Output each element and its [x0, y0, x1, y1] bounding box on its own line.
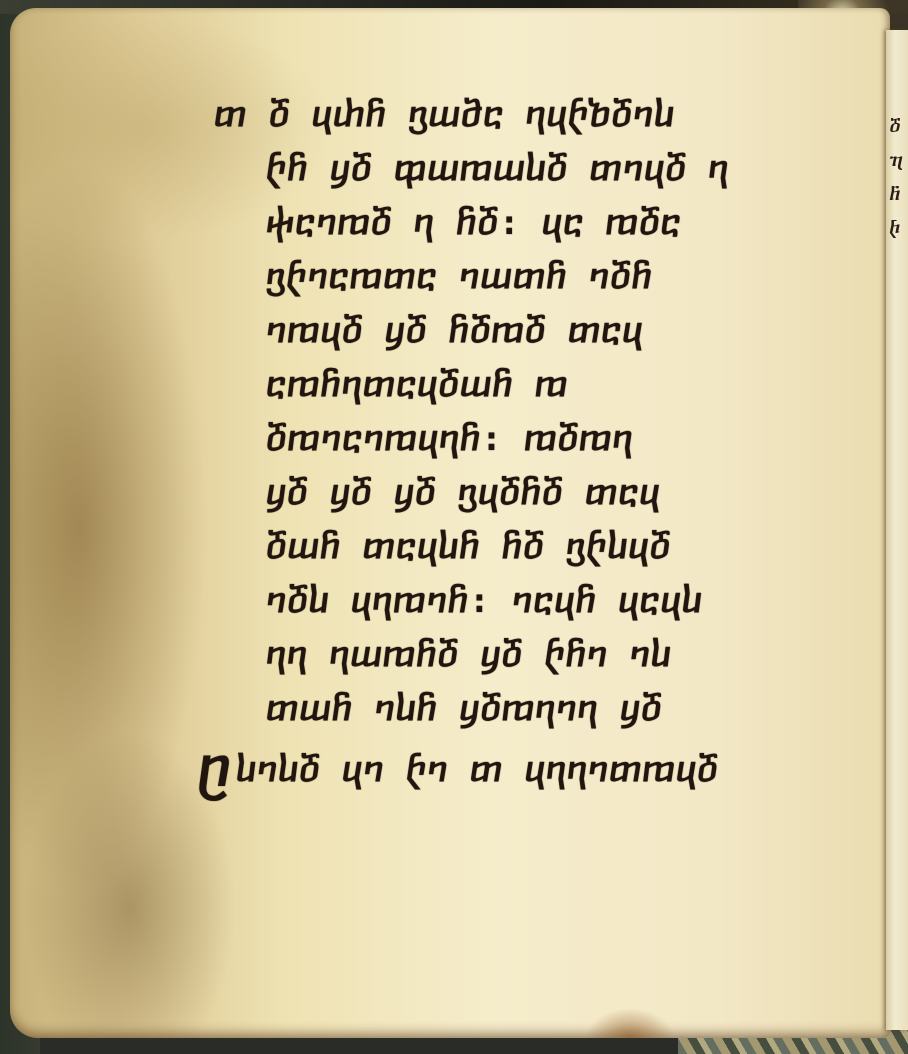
stain-mark — [585, 1008, 675, 1038]
manuscript-line: ⴃⴍⴌ ⴇⴀⴗⴑⴌ ⴌⴃ ⴂⴡⴑⴗⴃ — [198, 520, 838, 574]
manuscript-text-block: ⴇ ⴃ ⴗⴐⴌ ⴂⴍⴋⴀ ⴄⴗⴡⴆⴃⴈⴑ ⴡⴌ ⴘⴃ ⴔⴍⴊⴍⴑⴃ ⴇⴈⴗⴃ ⴄ… — [198, 88, 838, 790]
manuscript-line: ⴈⴃⴑ ⴗⴄⴊⴈⴌ: ⴈⴀⴗⴌ ⴗⴀⴗⴑ — [198, 574, 838, 628]
decorated-initial: ⴚ — [198, 742, 232, 796]
manuscript-line: ⴃⴊⴈⴀⴈⴊⴗⴄⴌ: ⴊⴃⴊⴄ — [198, 412, 838, 466]
manuscript-line: ⴡⴌ ⴘⴃ ⴔⴍⴊⴍⴑⴃ ⴇⴈⴗⴃ ⴄ — [198, 142, 838, 196]
manuscript-line: ⴕⴀⴈⴊⴃ ⴄ ⴌⴃ: ⴗⴀ ⴊⴃⴀ — [198, 196, 838, 250]
line-text: ⴑⴈⴑⴃ ⴗⴈ ⴡⴈ ⴇ ⴗⴄⴄⴈⴇⴊⴗⴃ — [236, 750, 718, 790]
line-text: ⴡⴌ ⴘⴃ ⴔⴍⴊⴍⴑⴃ ⴇⴈⴗⴃ ⴄ — [266, 149, 729, 189]
line-text: ⴈⴊⴗⴃ ⴘⴃ ⴌⴃⴊⴃ ⴇⴀⴗ — [266, 311, 643, 351]
manuscript-line: ⴇⴍⴌ ⴈⴑⴌ ⴘⴃⴊⴄⴈⴄ ⴘⴃ — [198, 682, 838, 736]
manuscript-line: ⴚⴑⴈⴑⴃ ⴗⴈ ⴡⴈ ⴇ ⴗⴄⴄⴈⴇⴊⴗⴃ — [198, 736, 838, 790]
manuscript-line: ⴄⴄ ⴄⴍⴊⴌⴃ ⴘⴃ ⴡⴌⴈ ⴈⴑ — [198, 628, 838, 682]
manuscript-line: ⴇ ⴃ ⴗⴐⴌ ⴂⴍⴋⴀ ⴄⴗⴡⴆⴃⴈⴑ — [198, 88, 838, 142]
manuscript-line: ⴀⴊⴌⴄⴇⴀⴗⴃⴍⴌ ⴊ — [198, 358, 838, 412]
facing-page-text: ⴃ ⴄ ⴌ ⴡ — [889, 110, 908, 246]
line-text: ⴃⴊⴈⴀⴈⴊⴗⴄⴌ: ⴊⴃⴊⴄ — [266, 419, 634, 459]
line-text: ⴈⴃⴑ ⴗⴄⴊⴈⴌ: ⴈⴀⴗⴌ ⴗⴀⴗⴑ — [266, 581, 703, 621]
line-text: ⴇ ⴃ ⴗⴐⴌ ⴂⴍⴋⴀ ⴄⴗⴡⴆⴃⴈⴑ — [214, 95, 675, 135]
line-text: ⴕⴀⴈⴊⴃ ⴄ ⴌⴃ: ⴗⴀ ⴊⴃⴀ — [266, 203, 682, 243]
manuscript-line: ⴘⴃ ⴘⴃ ⴘⴃ ⴂⴗⴃⴌⴃ ⴇⴀⴗ — [198, 466, 838, 520]
line-text: ⴘⴃ ⴘⴃ ⴘⴃ ⴂⴗⴃⴌⴃ ⴇⴀⴗ — [266, 473, 661, 513]
manuscript-line: ⴂⴡⴈⴀⴊⴇⴀ ⴈⴍⴇⴌ ⴈⴃⴌ — [198, 250, 838, 304]
line-text: ⴀⴊⴌⴄⴇⴀⴗⴃⴍⴌ ⴊ — [266, 365, 568, 405]
line-text: ⴃⴍⴌ ⴇⴀⴗⴑⴌ ⴌⴃ ⴂⴡⴑⴗⴃ — [266, 527, 671, 567]
manuscript-line: ⴈⴊⴗⴃ ⴘⴃ ⴌⴃⴊⴃ ⴇⴀⴗ — [198, 304, 838, 358]
line-text: ⴄⴄ ⴄⴍⴊⴌⴃ ⴘⴃ ⴡⴌⴈ ⴈⴑ — [266, 635, 672, 675]
line-text: ⴂⴡⴈⴀⴊⴇⴀ ⴈⴍⴇⴌ ⴈⴃⴌ — [266, 257, 653, 297]
line-text: ⴇⴍⴌ ⴈⴑⴌ ⴘⴃⴊⴄⴈⴄ ⴘⴃ — [266, 689, 662, 729]
